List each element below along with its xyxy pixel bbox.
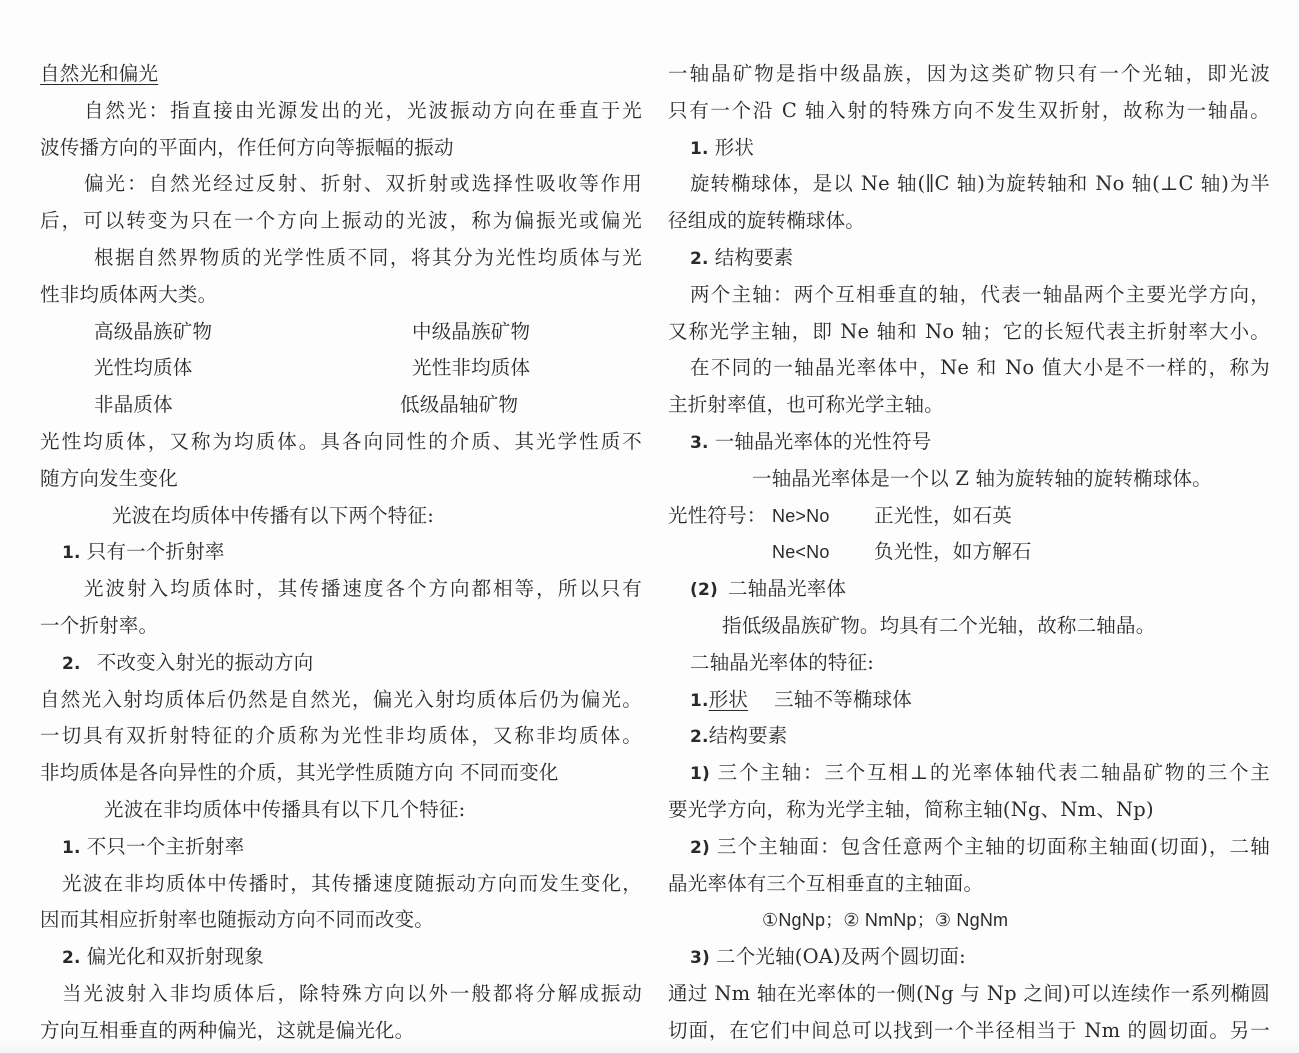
paragraph-line: 又称光学主轴，即 Ne 轴和 No 轴；它的长短代表主折射率大小。 (668, 314, 1270, 351)
item-number: 2) (690, 838, 710, 858)
item-number: 1) (690, 764, 710, 784)
left-column: 自然光和偏光 自然光：指直接由光源发出的光，光波振动方向在垂直于光 波传播方向的… (40, 56, 642, 1050)
paragraph-line: 两个主轴：两个互相垂直的轴，代表一轴晶两个主要光学方向， (668, 277, 1270, 314)
paragraph-line: 1)三个主轴：三个互相⊥的光率体轴代表二轴晶矿物的三个主 (668, 755, 1270, 792)
optic-sign-row: 光性符号： Ne>No 正光性，如石英 (668, 498, 1270, 535)
item-number: 2. (62, 948, 81, 968)
optic-sign-row: Ne<No 负光性，如方解石 (668, 534, 1270, 571)
paragraph-text: 三个主轴：三个互相⊥的光率体轴代表二轴晶矿物的三个主 (716, 761, 1270, 784)
paragraph-line: 光波射入均质体时，其传播速度各个方向都相等，所以只有 (40, 571, 642, 608)
heading-text: 形状 (715, 136, 754, 159)
optic-sign-label: 光性符号： (668, 498, 772, 535)
optic-sign-description: 负光性，如方解石 (874, 534, 1032, 571)
paragraph-line: 波传播方向的平面内，作任何方向等振幅的振动 (40, 130, 642, 167)
paragraph-line: 一个折射率。 (40, 608, 642, 645)
paragraph-line: 光性均质体，又称为均质体。具各向同性的介质、其光学性质不 (40, 424, 642, 461)
item-number: 1. (690, 139, 709, 159)
item-number: 3. (690, 433, 709, 453)
paragraph-line: 一轴晶光率体是一个以 Z 轴为旋转轴的旋转椭球体。 (668, 461, 1270, 498)
paragraph-line: 自然光入射均质体后仍然是自然光，偏光入射均质体后仍为偏光。 (40, 682, 642, 719)
document-page: 自然光和偏光 自然光：指直接由光源发出的光，光波振动方向在垂直于光 波传播方向的… (0, 0, 1299, 1053)
heading-description: 三轴不等椭球体 (774, 688, 912, 711)
paragraph-line: 一切具有双折射特征的介质称为光性非均质体，又称非均质体。 (40, 718, 642, 755)
numbered-heading: (2)二轴晶光率体 (668, 571, 1270, 608)
paragraph-line: 后，可以转变为只在一个方向上振动的光波，称为偏振光或偏光 (40, 203, 642, 240)
paragraph-line: 光波在非均质体中传播时，其传播速度随振动方向而发生变化， (40, 866, 642, 903)
heading-text: 只有一个折射率 (87, 540, 225, 563)
paragraph-line: 因而其相应折射率也随振动方向不同而改变。 (40, 902, 642, 939)
spacer (668, 534, 772, 571)
classification-right: 中级晶族矿物 (412, 314, 530, 351)
item-number: 2. (690, 727, 709, 747)
right-column: 一轴晶矿物是指中级晶族，因为这类矿物只有一个光轴，即光波 只有一个沿 C 轴入射… (668, 56, 1270, 1050)
heading-text: 不只一个主折射率 (87, 835, 245, 858)
item-number: 2. (62, 654, 81, 674)
heading-text: 一轴晶光率体的光性符号 (715, 430, 932, 453)
numbered-heading: 2.结构要素 (668, 240, 1270, 277)
paragraph-line: 光波在非均质体中传播具有以下几个特征: (40, 792, 642, 829)
paragraph-line: 一轴晶矿物是指中级晶族，因为这类矿物只有一个光轴，即光波 (668, 56, 1270, 93)
classification-row: 高级晶族矿物 中级晶族矿物 (40, 314, 642, 351)
principal-planes: ①NgNp；② NmNp；③ NgNm (668, 902, 1270, 939)
heading-text: 不改变入射光的振动方向 (97, 651, 314, 674)
classification-left: 高级晶族矿物 (40, 314, 412, 351)
numbered-heading: 1.形状 (668, 130, 1270, 167)
paragraph-line: 光波在均质体中传播有以下两个特征: (40, 498, 642, 535)
paragraph-line: 晶光率体有三个互相垂直的主轴面。 (668, 866, 1270, 903)
paragraph-line: 非均质体是各向异性的介质，其光学性质随方向 不同而变化 (40, 755, 642, 792)
classification-row: 非晶质体 低级晶轴矿物 (40, 387, 642, 424)
numbered-heading: 1.只有一个折射率 (40, 534, 642, 571)
classification-row: 光性均质体 光性非均质体 (40, 350, 642, 387)
paragraph-line: 随方向发生变化 (40, 461, 642, 498)
paragraph-line: 自然光：指直接由光源发出的光，光波振动方向在垂直于光 (40, 93, 642, 130)
paragraph-line: 当光波射入非均质体后，除特殊方向以外一般都将分解成振动 (40, 976, 642, 1013)
numbered-heading: 2.偏光化和双折射现象 (40, 939, 642, 976)
paragraph-line: 性非均质体两大类。 (40, 277, 642, 314)
numbered-heading: 3)二个光轴(OA)及两个圆切面: (668, 939, 1270, 976)
heading-text: 形状 (709, 688, 748, 711)
paragraph-line: 在不同的一轴晶光率体中，Ne 和 No 值大小是不一样的，称为 (668, 350, 1270, 387)
item-number: 1. (62, 543, 81, 563)
numbered-heading: 2.不改变入射光的振动方向 (40, 645, 642, 682)
paragraph-line: 指低级晶族矿物。均具有二个光轴，故称二轴晶。 (668, 608, 1270, 645)
numbered-heading: 2.结构要素 (668, 718, 1270, 755)
item-number: 1. (690, 691, 709, 711)
classification-left: 非晶质体 (40, 387, 400, 424)
numbered-heading: 1.形状三轴不等椭球体 (668, 682, 1270, 719)
heading-text: 结构要素 (709, 724, 788, 747)
heading-text: 结构要素 (715, 246, 794, 269)
item-number: (2) (690, 580, 718, 600)
numbered-heading: 3.一轴晶光率体的光性符号 (668, 424, 1270, 461)
optic-sign-condition: Ne<No (772, 534, 874, 571)
classification-right: 光性非均质体 (412, 350, 530, 387)
numbered-heading: 1.不只一个主折射率 (40, 829, 642, 866)
paragraph-line: 只有一个沿 C 轴入射的特殊方向不发生双折射，故称为一轴晶。 (668, 93, 1270, 130)
paragraph-line: 径组成的旋转椭球体。 (668, 203, 1270, 240)
cut-off-text-edge (0, 1040, 1299, 1053)
paragraph-line: 通过 Nm 轴在光率体的一侧(Ng 与 Np 之间)可以连续作一系列椭圆 (668, 976, 1270, 1013)
heading-text: 二个光轴(OA)及两个圆切面: (716, 945, 966, 968)
item-number: 3) (690, 948, 710, 968)
classification-left: 光性均质体 (40, 350, 412, 387)
optic-sign-condition: Ne>No (772, 498, 874, 535)
paragraph-line: 2)三个主轴面：包含任意两个主轴的切面称主轴面(切面)，二轴 (668, 829, 1270, 866)
optic-sign-description: 正光性，如石英 (874, 498, 1012, 535)
paragraph-line: 主折射率值，也可称光学主轴。 (668, 387, 1270, 424)
paragraph-line: 偏光：自然光经过反射、折射、双折射或选择性吸收等作用 (40, 166, 642, 203)
paragraph-line: 旋转椭球体，是以 Ne 轴(∥C 轴)为旋转轴和 No 轴(⊥C 轴)为半 (668, 166, 1270, 203)
item-number: 1. (62, 838, 81, 858)
paragraph-line: 要光学方向，称为光学主轴，简称主轴(Ng、Nm、Np) (668, 792, 1270, 829)
paragraph-line: 根据自然界物质的光学性质不同，将其分为光性均质体与光 (40, 240, 642, 277)
section-title: 自然光和偏光 (40, 62, 158, 85)
paragraph-text: 三个主轴面：包含任意两个主轴的切面称主轴面(切面)，二轴 (716, 835, 1270, 858)
classification-right: 低级晶轴矿物 (400, 387, 518, 424)
paragraph-line: 二轴晶光率体的特征: (668, 645, 1270, 682)
heading-text: 二轴晶光率体 (728, 577, 846, 600)
item-number: 2. (690, 249, 709, 269)
heading-text: 偏光化和双折射现象 (87, 945, 264, 968)
